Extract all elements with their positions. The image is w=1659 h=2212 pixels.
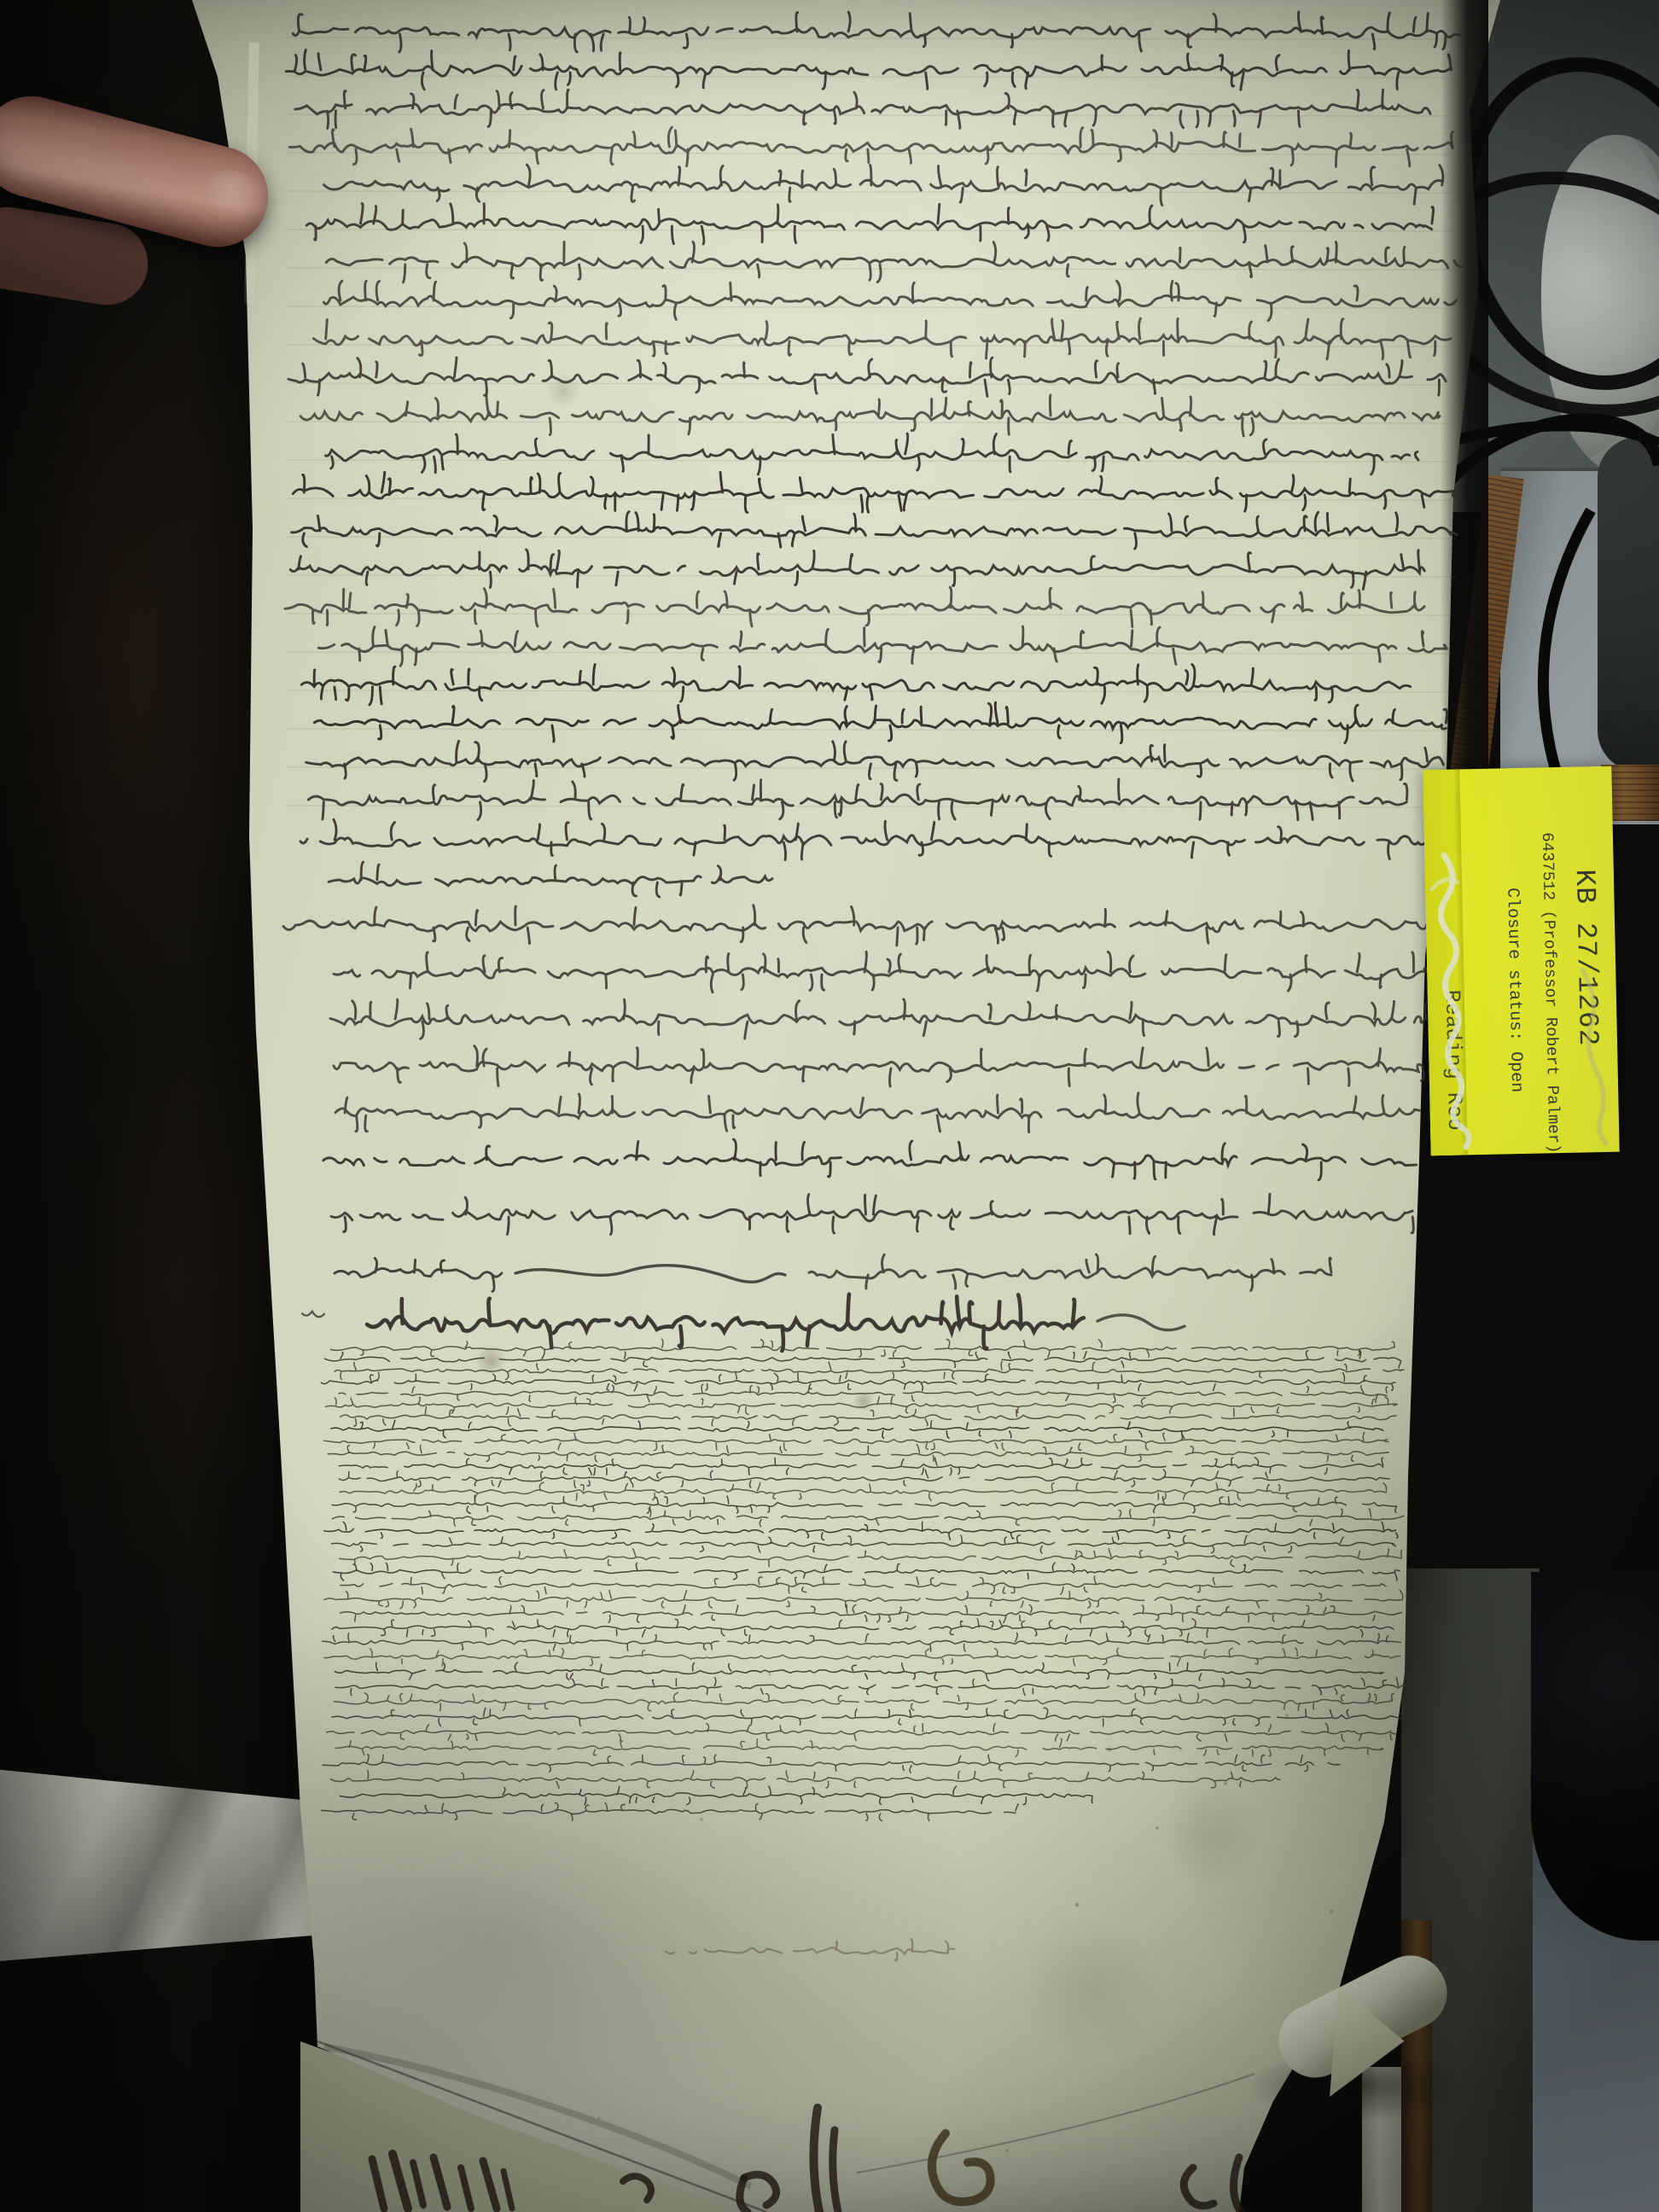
note-order-number: 6437512 (Professor Robert Palmer)	[1538, 832, 1563, 1154]
page-edge-shadow	[1441, 0, 1488, 836]
sticky-note-face: KB 27/1262 6437512 (Professor Robert Pal…	[1423, 766, 1619, 1156]
note-reading-room: Reading Roo	[1440, 989, 1467, 1131]
note-reference: KB 27/1262	[1569, 869, 1604, 1047]
note-closure-status: Closure status: Open	[1502, 888, 1526, 1092]
dark-case	[1598, 437, 1659, 771]
archive-photo: KB 27/1262 6437512 (Professor Robert Pal…	[0, 0, 1659, 2212]
sticky-note: KB 27/1262 6437512 (Professor Robert Pal…	[1423, 766, 1619, 1156]
black-case-corner	[1531, 1572, 1659, 1941]
